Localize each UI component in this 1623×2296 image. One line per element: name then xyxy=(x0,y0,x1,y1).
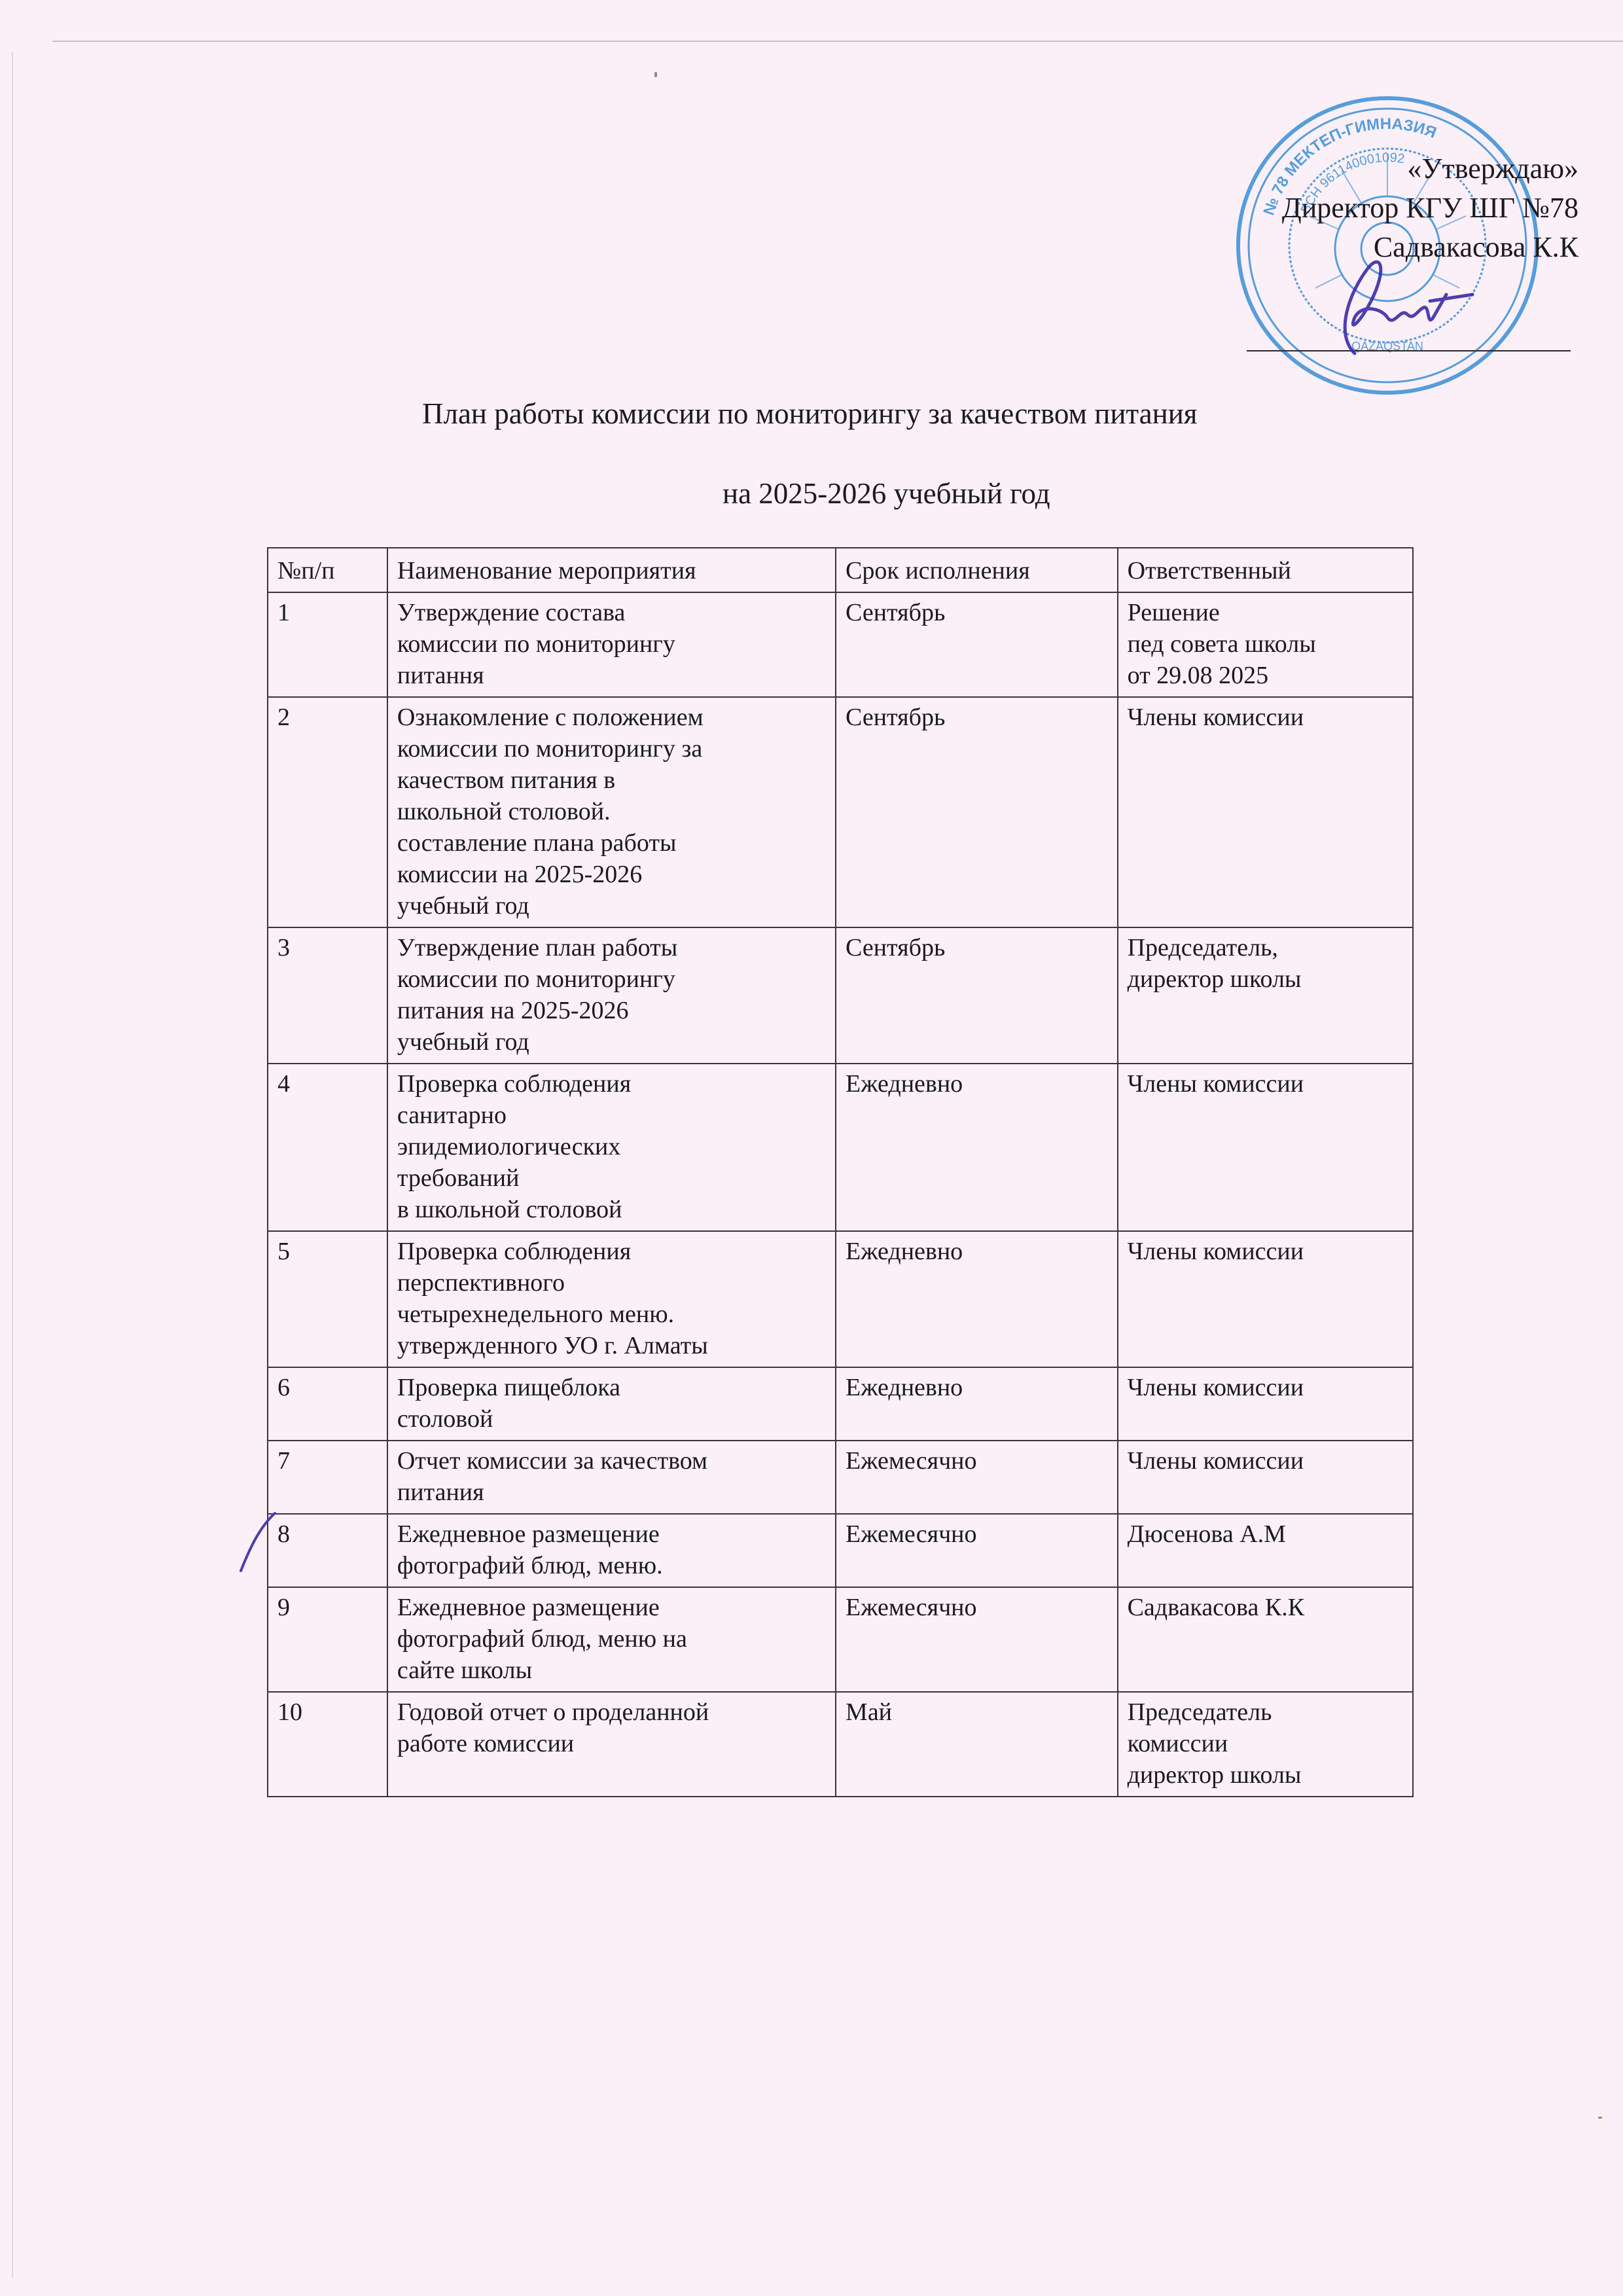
responsible-line: Садвакасова К.К xyxy=(1128,1592,1403,1623)
header-number: №п/п xyxy=(268,548,387,592)
responsible-line: комиссии xyxy=(1128,1728,1403,1759)
table-row: 4Проверка соблюдениясанитарноэпидемиолог… xyxy=(268,1064,1413,1231)
row-deadline: Сентябрь xyxy=(836,592,1118,697)
row-number: 2 xyxy=(268,697,387,927)
header-responsible: Ответственный xyxy=(1118,548,1413,592)
row-deadline: Сентябрь xyxy=(836,697,1118,927)
scan-speck xyxy=(1598,2117,1602,2119)
event-line: четырехнедельного меню. xyxy=(397,1299,826,1330)
row-responsible: Дюсенова А.М xyxy=(1118,1514,1413,1587)
table-row: 2Ознакомление с положениемкомиссии по мо… xyxy=(268,697,1413,927)
event-line: утвержденного УО г. Алматы xyxy=(397,1330,826,1361)
row-responsible: Члены комиссии xyxy=(1118,1367,1413,1441)
event-line: Проверка соблюдения xyxy=(397,1236,826,1267)
approval-heading: «Утверждаю» xyxy=(1282,149,1578,188)
event-line: Проверка соблюдения xyxy=(397,1068,826,1100)
row-event: Проверка соблюденияперспективногочетырех… xyxy=(387,1231,836,1367)
table-row: 3Утверждение план работыкомиссии по мони… xyxy=(268,927,1413,1064)
row-deadline: Ежемесячно xyxy=(836,1587,1118,1692)
event-line: составление плана работы xyxy=(397,827,826,859)
event-line: качеством питания в xyxy=(397,764,826,796)
document-title: План работы комиссии по мониторингу за к… xyxy=(422,397,1197,431)
responsible-line: Председатель, xyxy=(1128,932,1403,963)
event-line: фотографий блюд, меню. xyxy=(397,1550,826,1581)
row-number: 5 xyxy=(268,1231,387,1367)
row-responsible: Члены комиссии xyxy=(1118,697,1413,927)
event-line: Ежедневное размещение xyxy=(397,1518,826,1550)
event-line: работе комиссии xyxy=(397,1728,826,1759)
table-row: 5Проверка соблюденияперспективногочетыре… xyxy=(268,1231,1413,1367)
pen-mark-icon xyxy=(236,1505,281,1577)
responsible-line: от 29.08 2025 xyxy=(1128,660,1403,691)
event-line: санитарно xyxy=(397,1100,826,1131)
header-deadline: Срок исполнения xyxy=(836,548,1118,592)
event-line: комиссии по мониторингу за xyxy=(397,733,826,764)
scan-page-edge-left xyxy=(12,52,13,2278)
event-line: питания на 2025-2026 xyxy=(397,995,826,1026)
table-header-row: №п/п Наименование мероприятия Срок испол… xyxy=(268,548,1413,592)
plan-table: №п/п Наименование мероприятия Срок испол… xyxy=(267,547,1414,1797)
row-number: 7 xyxy=(268,1441,387,1514)
event-line: сайте школы xyxy=(397,1655,826,1686)
responsible-line: Члены комиссии xyxy=(1128,702,1403,733)
event-line: комиссии по мониторингу xyxy=(397,963,826,995)
event-line: Отчет комиссии за качеством xyxy=(397,1445,826,1477)
header-event: Наименование мероприятия xyxy=(387,548,836,592)
responsible-line: Члены комиссии xyxy=(1128,1372,1403,1403)
scan-page-edge xyxy=(52,41,1623,42)
responsible-line: директор школы xyxy=(1128,963,1403,995)
row-number: 6 xyxy=(268,1367,387,1441)
event-line: столовой xyxy=(397,1403,826,1435)
event-line: Ознакомление с положением xyxy=(397,702,826,733)
row-number: 3 xyxy=(268,927,387,1064)
responsible-line: пед совета школы xyxy=(1128,628,1403,660)
event-line: Утверждение план работы xyxy=(397,932,826,963)
approval-block: «Утверждаю» Директор КГУ ШГ №78 Садвакас… xyxy=(1282,149,1578,267)
event-line: Проверка пищеблока xyxy=(397,1372,826,1403)
row-event: Проверка соблюдениясанитарноэпидемиологи… xyxy=(387,1064,836,1231)
row-event: Проверка пищеблокастоловой xyxy=(387,1367,836,1441)
row-deadline: Ежемесячно xyxy=(836,1514,1118,1587)
row-responsible: Садвакасова К.К xyxy=(1118,1587,1413,1692)
row-number: 1 xyxy=(268,592,387,697)
row-deadline: Ежедневно xyxy=(836,1367,1118,1441)
event-line: питания xyxy=(397,1477,826,1508)
row-responsible: Решениепед совета школыот 29.08 2025 xyxy=(1118,592,1413,697)
row-number: 4 xyxy=(268,1064,387,1231)
event-line: комиссии по мониторингу xyxy=(397,628,826,660)
table-row: 6Проверка пищеблокастоловойЕжедневноЧлен… xyxy=(268,1367,1413,1441)
table-row: 10Годовой отчет о проделаннойработе коми… xyxy=(268,1692,1413,1797)
row-responsible: Председателькомиссиидиректор школы xyxy=(1118,1692,1413,1797)
table-row: 9Ежедневное размещениефотографий блюд, м… xyxy=(268,1587,1413,1692)
event-line: учебный год xyxy=(397,890,826,922)
event-line: школьной столовой. xyxy=(397,796,826,827)
event-line: Утверждение состава xyxy=(397,597,826,628)
table-row: 1Утверждение составакомиссии по монитори… xyxy=(268,592,1413,697)
row-responsible: Члены комиссии xyxy=(1118,1064,1413,1231)
row-responsible: Члены комиссии xyxy=(1118,1231,1413,1367)
row-deadline: Сентябрь xyxy=(836,927,1118,1064)
event-line: учебный год xyxy=(397,1026,826,1058)
event-line: комиссии на 2025-2026 xyxy=(397,859,826,890)
row-event: Ежедневное размещениефотографий блюд, ме… xyxy=(387,1587,836,1692)
responsible-line: директор школы xyxy=(1128,1759,1403,1791)
event-line: Ежедневное размещение xyxy=(397,1592,826,1623)
row-event: Утверждение план работыкомиссии по монит… xyxy=(387,927,836,1064)
table-row: 8Ежедневное размещениефотографий блюд, м… xyxy=(268,1514,1413,1587)
row-responsible: Члены комиссии xyxy=(1118,1441,1413,1514)
event-line: требований xyxy=(397,1162,826,1194)
event-line: питання xyxy=(397,660,826,691)
event-line: Годовой отчет о проделанной xyxy=(397,1696,826,1728)
event-line: фотографий блюд, меню на xyxy=(397,1623,826,1655)
row-deadline: Ежедневно xyxy=(836,1064,1118,1231)
row-deadline: Ежемесячно xyxy=(836,1441,1118,1514)
approval-position: Директор КГУ ШГ №78 xyxy=(1282,188,1578,228)
responsible-line: Члены комиссии xyxy=(1128,1236,1403,1267)
event-line: в школьной столовой xyxy=(397,1194,826,1225)
row-number: 10 xyxy=(268,1692,387,1797)
responsible-line: Председатель xyxy=(1128,1696,1403,1728)
event-line: эпидемиологических xyxy=(397,1131,826,1162)
responsible-line: Члены комиссии xyxy=(1128,1068,1403,1100)
event-line: перспективного xyxy=(397,1267,826,1299)
row-deadline: Май xyxy=(836,1692,1118,1797)
responsible-line: Члены комиссии xyxy=(1128,1445,1403,1477)
responsible-line: Дюсенова А.М xyxy=(1128,1518,1403,1550)
row-event: Утверждение составакомиссии по мониторин… xyxy=(387,592,836,697)
handwritten-signature-icon xyxy=(1309,255,1479,360)
document-subtitle: на 2025-2026 учебный год xyxy=(722,476,1050,511)
row-number: 8 xyxy=(268,1514,387,1587)
row-event: Отчет комиссии за качествомпитания xyxy=(387,1441,836,1514)
table-row: 7Отчет комиссии за качествомпитанияЕжеме… xyxy=(268,1441,1413,1514)
row-deadline: Ежедневно xyxy=(836,1231,1118,1367)
row-number: 9 xyxy=(268,1587,387,1692)
row-event: Ознакомление с положениемкомиссии по мон… xyxy=(387,697,836,927)
responsible-line: Решение xyxy=(1128,597,1403,628)
row-event: Годовой отчет о проделаннойработе комисс… xyxy=(387,1692,836,1797)
row-event: Ежедневное размещениефотографий блюд, ме… xyxy=(387,1514,836,1587)
row-responsible: Председатель,директор школы xyxy=(1118,927,1413,1064)
scan-speck xyxy=(654,72,657,77)
